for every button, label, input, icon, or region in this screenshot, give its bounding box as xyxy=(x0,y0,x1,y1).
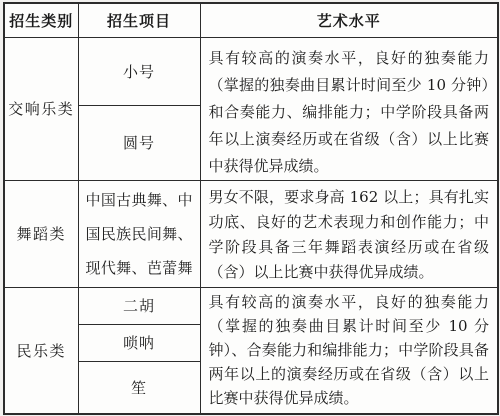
enrollment-requirements-table: 招生类别 招生项目 艺术水平 交响乐类 小号 具有较高的演奏水平，良好的独奏能力… xyxy=(3,2,499,415)
col-header-enrollment-project: 招生项目 xyxy=(78,3,200,37)
art-level-cell-symphony: 具有较高的演奏水平，良好的独奏能力（掌握的独奏曲目累计时间至少 10 分钟）和合… xyxy=(200,37,498,180)
project-cell-erhu: 二胡 xyxy=(78,287,200,324)
document-page: 招生类别 招生项目 艺术水平 交响乐类 小号 具有较高的演奏水平，良好的独奏能力… xyxy=(0,0,500,415)
art-level-cell-folk-music: 具有较高的演奏水平，良好的独奏能力（掌握的独奏曲目累计时间至少 10 分钟）、合… xyxy=(200,287,498,414)
project-cell-suona: 唢呐 xyxy=(78,324,200,361)
category-cell-dance: 舞蹈类 xyxy=(4,180,78,287)
col-header-art-level: 艺术水平 xyxy=(200,3,498,37)
project-cell-trumpet: 小号 xyxy=(78,37,200,105)
col-header-enrollment-category: 招生类别 xyxy=(4,3,78,37)
table-row: 民乐类 二胡 具有较高的演奏水平，良好的独奏能力（掌握的独奏曲目累计时间至少 1… xyxy=(4,287,498,324)
table-row: 交响乐类 小号 具有较高的演奏水平，良好的独奏能力（掌握的独奏曲目累计时间至少 … xyxy=(4,37,498,105)
art-level-cell-dance: 男女不限，要求身高 162 以上；具有扎实功底、良好的艺术表现力和创作能力；中学… xyxy=(200,180,498,287)
category-cell-folk-music: 民乐类 xyxy=(4,287,78,414)
project-cell-sheng: 笙 xyxy=(78,361,200,414)
project-cell-dance-styles: 中国古典舞、中国民族民间舞、现代舞、芭蕾舞 xyxy=(78,180,200,287)
project-cell-french-horn: 圆号 xyxy=(78,105,200,180)
header-row: 招生类别 招生项目 艺术水平 xyxy=(4,3,498,37)
category-cell-symphony: 交响乐类 xyxy=(4,37,78,180)
table-row: 舞蹈类 中国古典舞、中国民族民间舞、现代舞、芭蕾舞 男女不限，要求身高 162 … xyxy=(4,180,498,287)
